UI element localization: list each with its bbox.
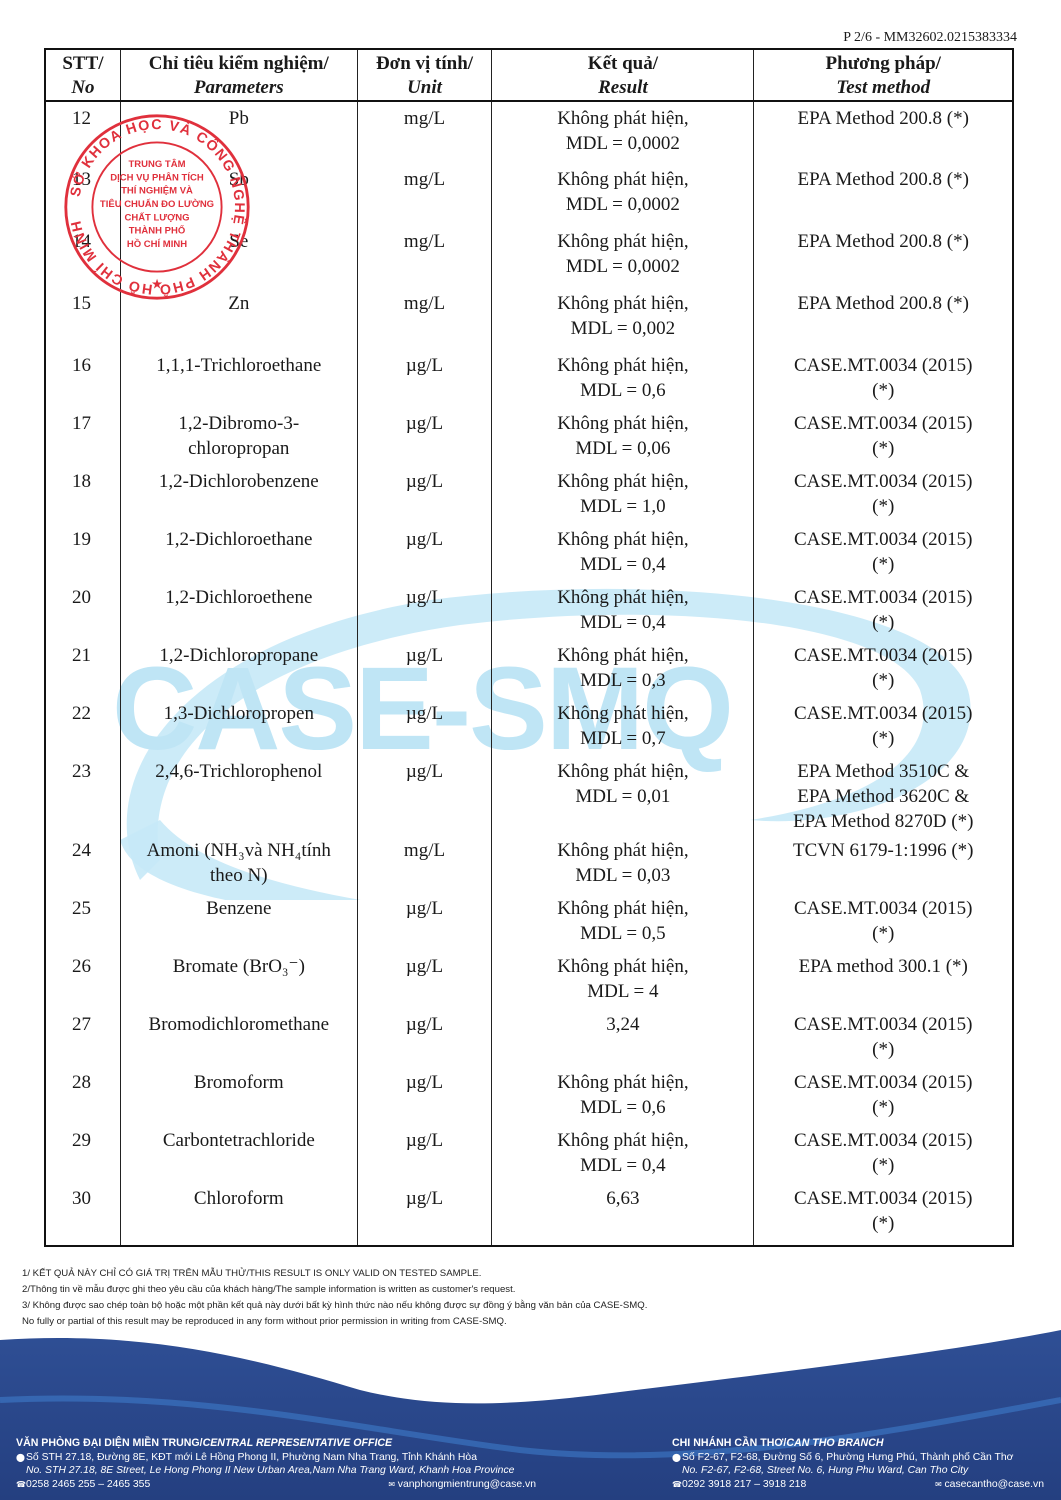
cell-method: CASE.MT.0034 (2015)(*) [754, 1124, 1013, 1182]
cell-parameter: Carbontetrachloride [120, 1124, 357, 1182]
cell-unit: µg/L [357, 892, 492, 950]
central-email[interactable]: ✉vanphongmientrung@case.vn [388, 1478, 536, 1492]
cell-unit: µg/L [357, 639, 492, 697]
cell-result: 6,63 [492, 1182, 754, 1246]
table-row: 181,2-Dichlorobenzeneµg/LKhông phát hiện… [45, 465, 1013, 523]
cell-unit: µg/L [357, 1182, 492, 1246]
location-pin-icon: ⬤ [16, 1451, 24, 1465]
central-office: VĂN PHÒNG ĐẠI DIỆN MIỀN TRUNG/CENTRAL RE… [16, 1437, 536, 1491]
cell-result: Không phát hiện,MDL = 0,06 [492, 407, 754, 465]
cell-no: 17 [45, 407, 120, 465]
cell-parameter: Pb [120, 101, 357, 163]
cell-parameter: Bromoform [120, 1066, 357, 1124]
cell-parameter: Zn [120, 287, 357, 349]
cell-result: 3,24 [492, 1008, 754, 1066]
cell-method: CASE.MT.0034 (2015)(*) [754, 892, 1013, 950]
table-row: 161,1,1-Trichloroethaneµg/LKhông phát hi… [45, 349, 1013, 407]
cell-result: Không phát hiện,MDL = 0,3 [492, 639, 754, 697]
cell-result: Không phát hiện,MDL = 0,4 [492, 1124, 754, 1182]
cell-parameter: 1,2-Dichloroethene [120, 581, 357, 639]
table-row: 221,3-Dichloropropenµg/LKhông phát hiện,… [45, 697, 1013, 755]
cell-unit: mg/L [357, 287, 492, 349]
cell-unit: µg/L [357, 407, 492, 465]
cell-method: CASE.MT.0034 (2015)(*) [754, 1182, 1013, 1246]
cell-parameter: 1,3-Dichloropropen [120, 697, 357, 755]
cell-result: Không phát hiện,MDL = 0,03 [492, 834, 754, 892]
cell-result: Không phát hiện,MDL = 1,0 [492, 465, 754, 523]
cantho-address-en: No. F2-67, F2-68, Street No. 6, Hung Phu… [672, 1464, 1044, 1478]
table-row: 29Carbontetrachlorideµg/LKhông phát hiện… [45, 1124, 1013, 1182]
cell-parameter: Chloroform [120, 1182, 357, 1246]
phone-icon: ☎ [672, 1478, 680, 1492]
table-row: 27Bromodichloromethaneµg/L3,24CASE.MT.00… [45, 1008, 1013, 1066]
table-row: 191,2-Dichloroethaneµg/LKhông phát hiện,… [45, 523, 1013, 581]
cell-result: Không phát hiện,MDL = 0,0002 [492, 225, 754, 287]
cell-method: TCVN 6179-1:1996 (*) [754, 834, 1013, 892]
cell-method: EPA Method 200.8 (*) [754, 287, 1013, 349]
cell-no: 26 [45, 950, 120, 1008]
header-parameters: Chỉ tiêu kiểm nghiệm/Parameters [120, 49, 357, 101]
cell-method: EPA Method 3510C &EPA Method 3620C &EPA … [754, 755, 1013, 834]
cell-parameter: Benzene [120, 892, 357, 950]
note-3-en: No fully or partial of this result may b… [22, 1314, 647, 1330]
cell-method: CASE.MT.0034 (2015)(*) [754, 465, 1013, 523]
table-row: 28Bromoformµg/LKhông phát hiện,MDL = 0,6… [45, 1066, 1013, 1124]
cell-unit: mg/L [357, 163, 492, 225]
cell-parameter: 1,2-Dichlorobenzene [120, 465, 357, 523]
cell-result: Không phát hiện,MDL = 0,0002 [492, 163, 754, 225]
cell-result: Không phát hiện,MDL = 0,5 [492, 892, 754, 950]
cell-method: CASE.MT.0034 (2015)(*) [754, 523, 1013, 581]
cell-unit: µg/L [357, 1124, 492, 1182]
cantho-address-vi: ⬤Số F2-67, F2-68, Đường Số 6, Phường Hưn… [672, 1451, 1044, 1465]
phone-icon: ☎ [16, 1478, 24, 1492]
cell-parameter: 2,4,6-Trichlorophenol [120, 755, 357, 834]
cell-unit: µg/L [357, 755, 492, 834]
cell-result: Không phát hiện,MDL = 0,01 [492, 755, 754, 834]
page-reference: P 2/6 - MM32602.0215383334 [843, 30, 1017, 46]
cell-no: 12 [45, 101, 120, 163]
cell-method: CASE.MT.0034 (2015)(*) [754, 1008, 1013, 1066]
cantho-branch: CHI NHÁNH CẦN THƠ/CAN THO BRANCH ⬤Số F2-… [672, 1437, 1044, 1491]
cell-no: 27 [45, 1008, 120, 1066]
table-row: 13Sbmg/LKhông phát hiện,MDL = 0,0002EPA … [45, 163, 1013, 225]
cell-no: 20 [45, 581, 120, 639]
table-row: 232,4,6-Trichlorophenolµg/LKhông phát hi… [45, 755, 1013, 834]
cell-no: 14 [45, 225, 120, 287]
table-row: 14Semg/LKhông phát hiện,MDL = 0,0002EPA … [45, 225, 1013, 287]
header-result: Kết quả/Result [492, 49, 754, 101]
cell-method: EPA method 300.1 (*) [754, 950, 1013, 1008]
table-row: 24Amoni (NH₃và NH₄tính theo N)mg/LKhông … [45, 834, 1013, 892]
cell-no: 19 [45, 523, 120, 581]
results-table: STT/No Chỉ tiêu kiểm nghiệm/Parameters Đ… [44, 48, 1014, 1247]
cell-unit: µg/L [357, 950, 492, 1008]
table-row: 25Benzeneµg/LKhông phát hiện,MDL = 0,5CA… [45, 892, 1013, 950]
notes-section: 1/ KẾT QUẢ NÀY CHỈ CÓ GIÁ TRỊ TRÊN MẪU T… [22, 1266, 647, 1330]
cell-no: 30 [45, 1182, 120, 1246]
table-row: 26Bromate (BrO₃⁻)µg/LKhông phát hiện,MDL… [45, 950, 1013, 1008]
cell-method: CASE.MT.0034 (2015)(*) [754, 697, 1013, 755]
cell-no: 16 [45, 349, 120, 407]
cantho-branch-title: CHI NHÁNH CẦN THƠ/CAN THO BRANCH [672, 1437, 1044, 1451]
cell-unit: mg/L [357, 101, 492, 163]
email-icon: ✉ [388, 1478, 396, 1492]
cell-no: 25 [45, 892, 120, 950]
note-2: 2/Thông tin về mẫu được ghi theo yêu cầu… [22, 1282, 647, 1298]
table-row: 201,2-Dichloroetheneµg/LKhông phát hiện,… [45, 581, 1013, 639]
cell-result: Không phát hiện,MDL = 0,4 [492, 581, 754, 639]
header-method: Phương pháp/Test method [754, 49, 1013, 101]
cell-no: 29 [45, 1124, 120, 1182]
cell-result: Không phát hiện,MDL = 0,6 [492, 1066, 754, 1124]
central-phone: ☎0258 2465 255 – 2465 355 [16, 1478, 150, 1492]
cell-result: Không phát hiện,MDL = 0,6 [492, 349, 754, 407]
header-no: STT/No [45, 49, 120, 101]
cell-no: 23 [45, 755, 120, 834]
cell-result: Không phát hiện,MDL = 0,7 [492, 697, 754, 755]
cell-unit: mg/L [357, 225, 492, 287]
table-row: 15Znmg/LKhông phát hiện,MDL = 0,002EPA M… [45, 287, 1013, 349]
cell-method: CASE.MT.0034 (2015)(*) [754, 349, 1013, 407]
cell-parameter: Bromate (BrO₃⁻) [120, 950, 357, 1008]
cell-parameter: 1,2-Dichloropropane [120, 639, 357, 697]
table-header-row: STT/No Chỉ tiêu kiểm nghiệm/Parameters Đ… [45, 49, 1013, 101]
table-row: 171,2-Dibromo-3- chloropropanµg/LKhông p… [45, 407, 1013, 465]
cell-unit: µg/L [357, 1066, 492, 1124]
cell-no: 21 [45, 639, 120, 697]
cell-unit: µg/L [357, 697, 492, 755]
cell-no: 24 [45, 834, 120, 892]
cell-no: 13 [45, 163, 120, 225]
cell-parameter: 1,2-Dibromo-3- chloropropan [120, 407, 357, 465]
cell-method: CASE.MT.0034 (2015)(*) [754, 407, 1013, 465]
cell-parameter: Amoni (NH₃và NH₄tính theo N) [120, 834, 357, 892]
cell-unit: µg/L [357, 465, 492, 523]
cantho-phone: ☎0292 3918 217 – 3918 218 [672, 1478, 806, 1492]
cell-method: EPA Method 200.8 (*) [754, 225, 1013, 287]
cell-no: 22 [45, 697, 120, 755]
table-row: 211,2-Dichloropropaneµg/LKhông phát hiện… [45, 639, 1013, 697]
cell-parameter: Sb [120, 163, 357, 225]
central-address-vi: ⬤Số STH 27.18, Đường 8E, KĐT mới Lê Hồng… [16, 1451, 536, 1465]
cell-parameter: Se [120, 225, 357, 287]
header-unit: Đơn vị tính/Unit [357, 49, 492, 101]
cell-unit: mg/L [357, 834, 492, 892]
cell-result: Không phát hiện,MDL = 0,4 [492, 523, 754, 581]
location-pin-icon: ⬤ [672, 1451, 680, 1465]
table-row: 12Pbmg/LKhông phát hiện,MDL = 0,0002EPA … [45, 101, 1013, 163]
central-address-en: No. STH 27.18, 8E Street, Le Hong Phong … [16, 1464, 536, 1478]
cell-unit: µg/L [357, 581, 492, 639]
email-icon: ✉ [934, 1478, 942, 1492]
cell-method: EPA Method 200.8 (*) [754, 101, 1013, 163]
cell-parameter: Bromodichloromethane [120, 1008, 357, 1066]
cell-method: CASE.MT.0034 (2015)(*) [754, 1066, 1013, 1124]
cell-parameter: 1,1,1-Trichloroethane [120, 349, 357, 407]
cell-no: 18 [45, 465, 120, 523]
cell-unit: µg/L [357, 523, 492, 581]
note-3: 3/ Không được sao chép toàn bộ hoặc một … [22, 1298, 647, 1314]
cell-parameter: 1,2-Dichloroethane [120, 523, 357, 581]
cell-no: 28 [45, 1066, 120, 1124]
cell-result: Không phát hiện,MDL = 0,0002 [492, 101, 754, 163]
cell-method: CASE.MT.0034 (2015)(*) [754, 581, 1013, 639]
central-office-title: VĂN PHÒNG ĐẠI DIỆN MIỀN TRUNG/CENTRAL RE… [16, 1437, 536, 1451]
cell-method: CASE.MT.0034 (2015)(*) [754, 639, 1013, 697]
note-1: 1/ KẾT QUẢ NÀY CHỈ CÓ GIÁ TRỊ TRÊN MẪU T… [22, 1266, 647, 1282]
cell-result: Không phát hiện,MDL = 0,002 [492, 287, 754, 349]
cell-result: Không phát hiện,MDL = 4 [492, 950, 754, 1008]
cell-no: 15 [45, 287, 120, 349]
cell-unit: µg/L [357, 1008, 492, 1066]
cell-method: EPA Method 200.8 (*) [754, 163, 1013, 225]
cantho-email[interactable]: ✉casecantho@case.vn [934, 1478, 1044, 1492]
table-row: 30Chloroformµg/L6,63CASE.MT.0034 (2015)(… [45, 1182, 1013, 1246]
cell-unit: µg/L [357, 349, 492, 407]
